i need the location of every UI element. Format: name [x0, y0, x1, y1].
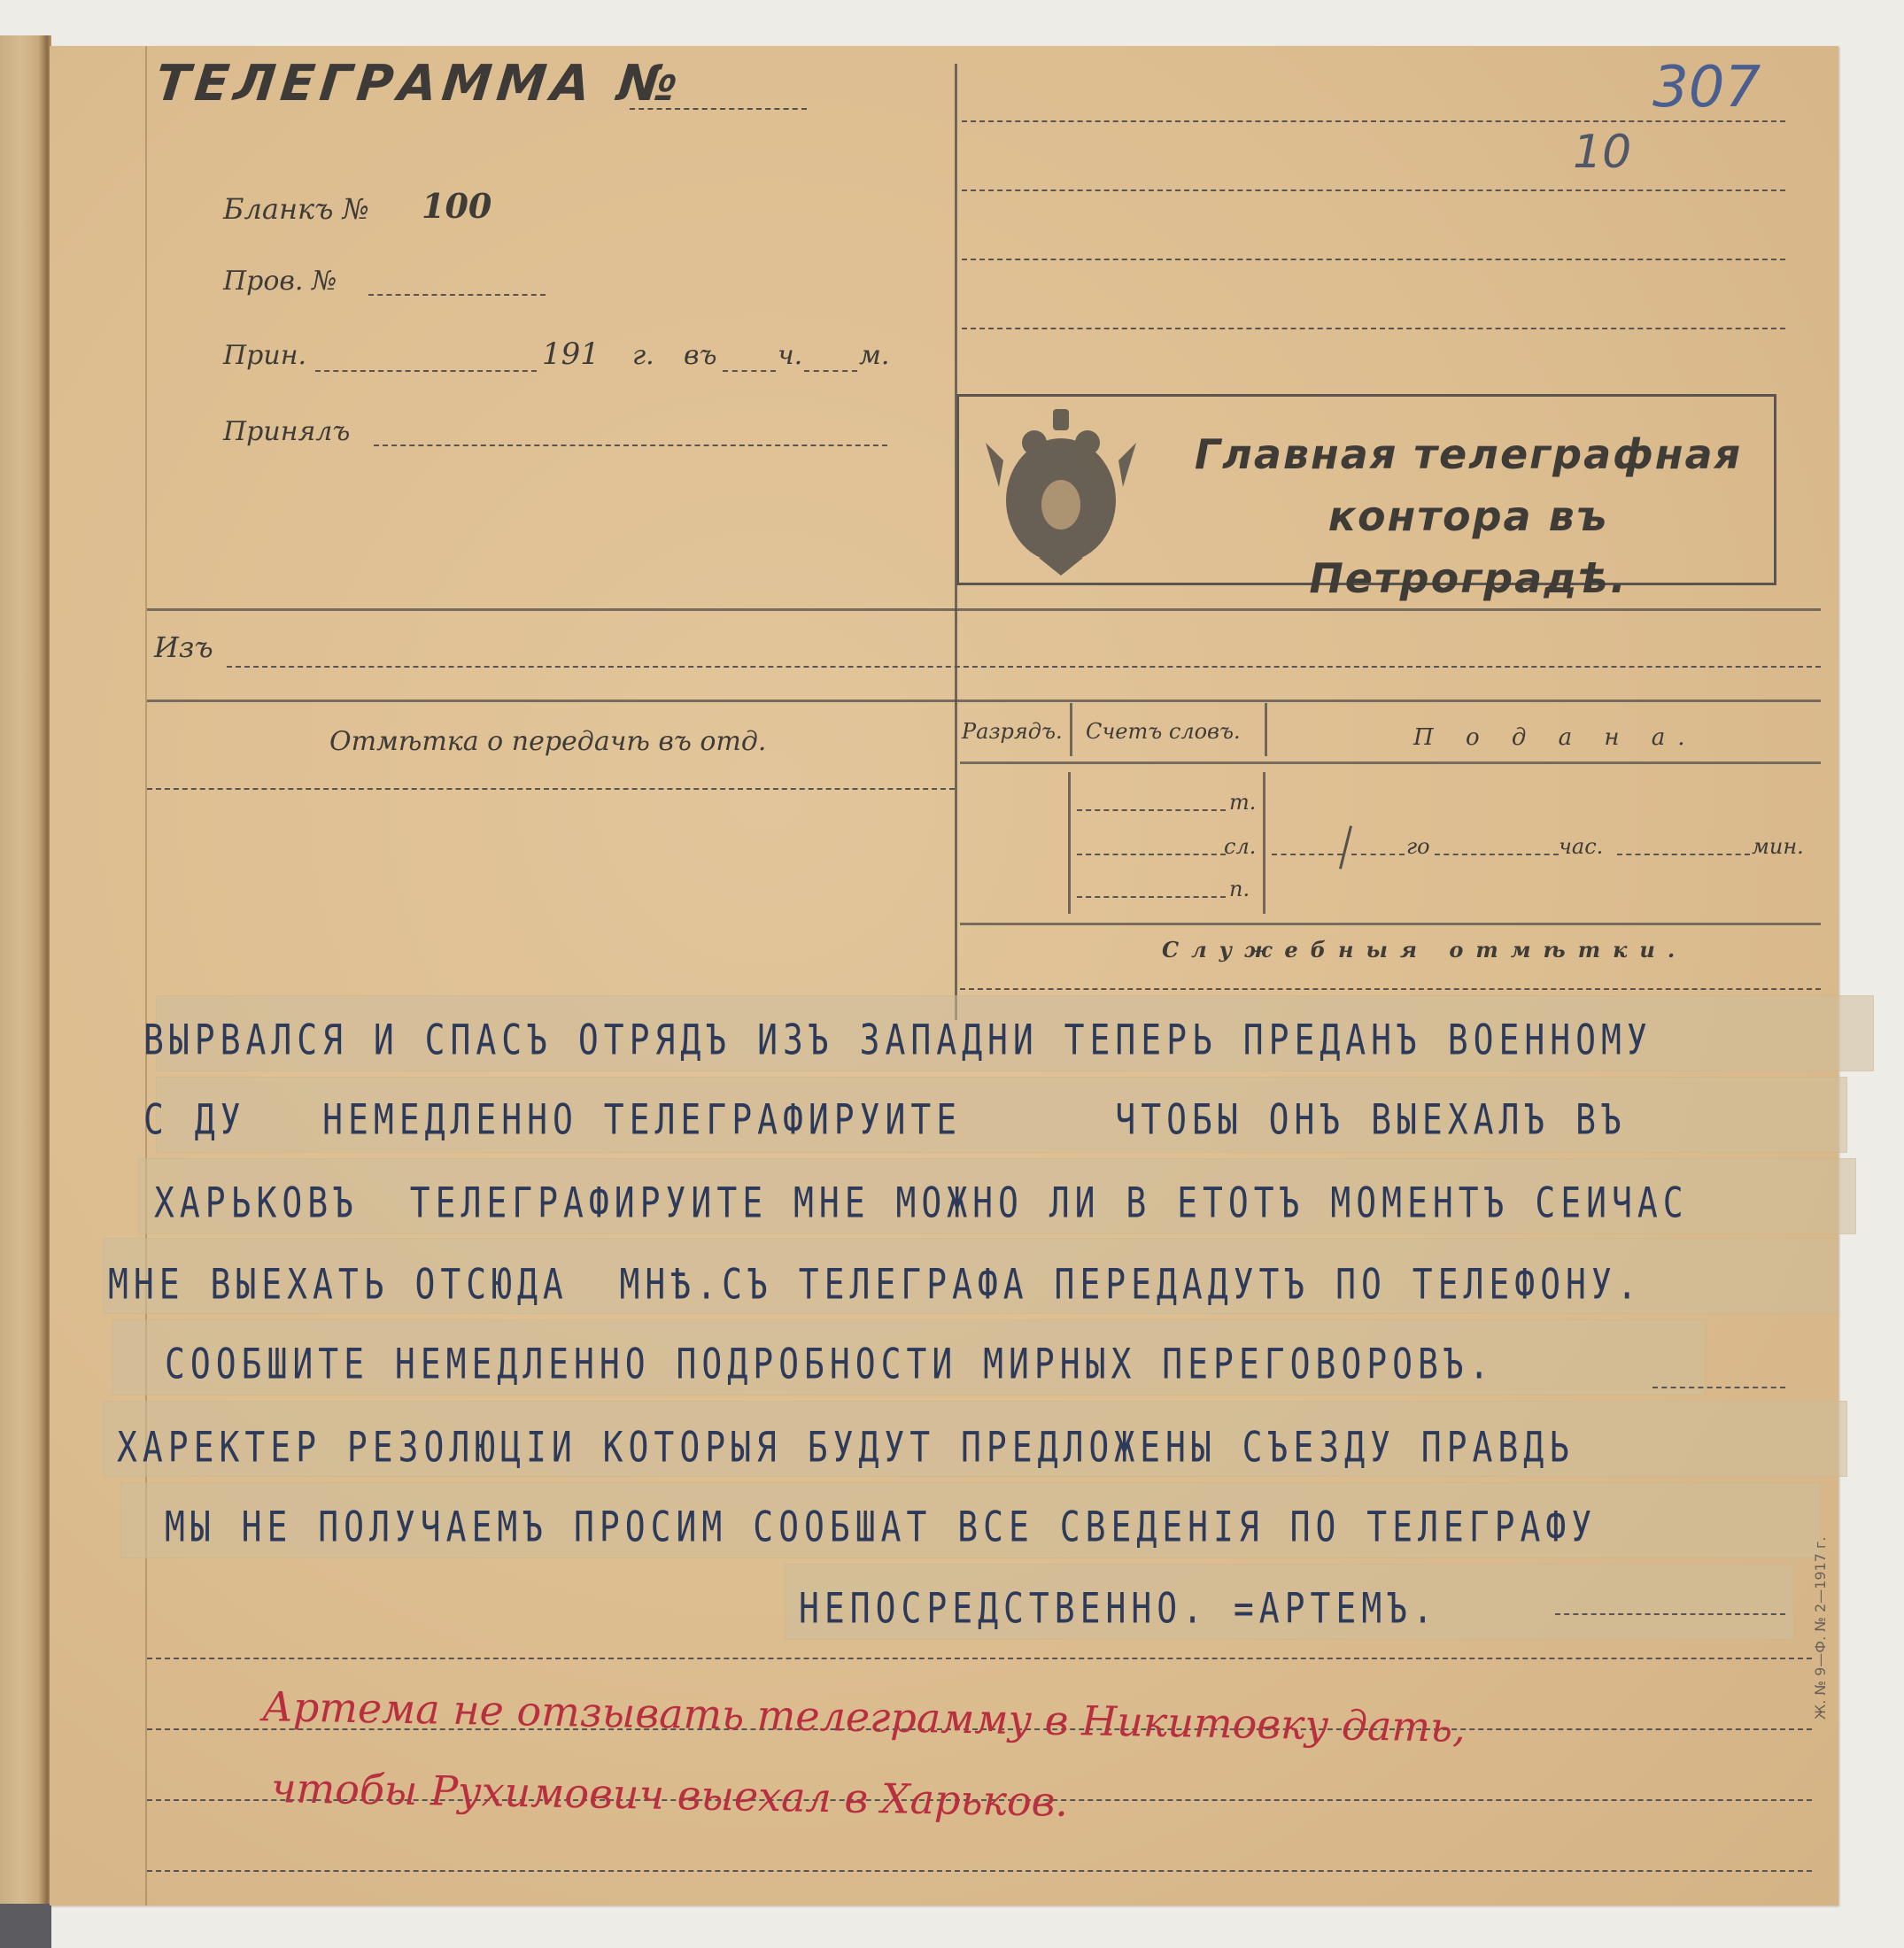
ruled-line — [1652, 1387, 1785, 1388]
iz-label: Изъ — [154, 630, 213, 664]
page-number: 10 — [1573, 126, 1631, 179]
prov-label: Пров. № — [223, 266, 337, 297]
table-col-divider — [1070, 703, 1072, 756]
message-line: ХАРЕКТЕР РЕЗОЛЮЦІИ КОТОРЫЯ БУДУТ ПРЕДЛОЖ… — [117, 1423, 1575, 1472]
form-rule — [147, 700, 1821, 702]
sluzhebnye-field — [960, 988, 1821, 990]
telegram-title: ТЕЛЕГРАММА № — [153, 55, 686, 112]
col-podana: П о д а н а. — [1413, 724, 1698, 751]
table-header-rule — [960, 761, 1821, 764]
message-line: МНЕ ВЫЕХАТЬ ОТСЮДА МНѢ.СЪ ТЕЛЕГРАФА ПЕРЕ… — [108, 1260, 1643, 1309]
prinyal-field — [374, 444, 887, 446]
ruled-line — [147, 1658, 1812, 1659]
count-t-label: т. — [1229, 790, 1256, 815]
table-col-divider — [1265, 703, 1267, 756]
binding-spine — [0, 35, 51, 1926]
message-line: С ДУ НЕМЕДЛЕННО ТЕЛЕГРАФИРУИТЕ ЧТОБЫ ОНЪ… — [143, 1095, 1627, 1144]
handwritten-note-line1: Артема не отзывать телеграмму в Никитовк… — [262, 1682, 1467, 1751]
prin-minute-field — [804, 370, 857, 372]
message-line: МЫ НЕ ПОЛУЧАЕМЪ ПРОСИМ СООБШАТ ВСЕ СВЕДЕ… — [165, 1503, 1597, 1551]
prin-ch: ч. — [778, 340, 802, 371]
office-name-line2: контора въ Петроградѣ. — [1163, 485, 1774, 609]
double-headed-eagle-icon — [986, 407, 1136, 576]
prinyal-label: Принялъ — [223, 416, 350, 447]
table-rule — [960, 923, 1821, 925]
podana-day-field — [1272, 854, 1343, 855]
prin-hour-field — [723, 370, 776, 372]
paper-fold — [145, 46, 147, 1905]
handwritten-note-line2: чтобы Рухимович выехал в Харьков. — [271, 1764, 1069, 1826]
office-name-line1: Главная телеграфная — [1163, 423, 1774, 485]
count-sl-label: сл. — [1224, 834, 1256, 859]
ruled-line — [147, 1870, 1812, 1872]
message-line: НЕПОСРЕДСТВЕННО. =АРТЕМЪ. — [799, 1584, 1438, 1633]
count-sl-field — [1077, 854, 1226, 855]
otmetka-field — [147, 788, 955, 790]
right-ruled-line — [962, 189, 1785, 191]
podana-month-field — [1351, 854, 1405, 855]
col-schet-slov: Счетъ словъ. — [1086, 719, 1241, 744]
podana-go: го — [1406, 834, 1430, 859]
blank-number: 100 — [422, 186, 491, 226]
podana-min-field — [1617, 854, 1750, 855]
table-col-divider — [1068, 772, 1071, 914]
count-n-label: п. — [1229, 877, 1250, 901]
binding-clip — [0, 1904, 51, 1948]
col-razryad: Разрядъ. — [962, 719, 1063, 744]
prov-field — [368, 294, 546, 296]
right-ruled-line — [962, 328, 1785, 329]
ruled-line — [1555, 1613, 1785, 1615]
archive-number: 307 — [1652, 55, 1761, 120]
telegram-number-field — [630, 108, 807, 110]
right-ruled-line — [962, 259, 1785, 260]
message-line: ХАРЬКОВЪ ТЕЛЕГРАФИРУИТЕ МНЕ МОЖНО ЛИ В Е… — [154, 1179, 1689, 1227]
podana-hour-field — [1435, 854, 1559, 855]
prin-g: г. — [632, 340, 654, 371]
prin-label: Прин. — [223, 340, 306, 371]
printer-imprint: Ж. № 9—Ф. № 2—1917 г. — [1812, 1537, 1829, 1720]
message-line: ВЫРВАЛСЯ И СПАСЪ ОТРЯДЪ ИЗЪ ЗАПАДНИ ТЕПЕ… — [143, 1016, 1652, 1064]
prin-date-field — [315, 370, 537, 372]
message-line: СООБШИТЕ НЕМЕДЛЕННО ПОДРОБНОСТИ МИРНЫХ П… — [165, 1340, 1495, 1388]
blank-label: Бланкъ № — [223, 192, 369, 226]
prin-m: м. — [859, 340, 889, 371]
podana-chas: час. — [1559, 834, 1603, 859]
otmetka-label: Отмѣтка о передачѣ въ отд. — [329, 726, 766, 757]
count-t-field — [1077, 809, 1226, 811]
podana-slash — [1339, 825, 1352, 869]
table-col-divider — [1263, 772, 1265, 914]
prin-year: 191 — [542, 336, 600, 372]
right-ruled-line — [962, 120, 1785, 122]
office-name: Главная телеграфная контора въ Петроград… — [1163, 423, 1774, 609]
sluzhebnye-label: Служебныя отмѣтки. — [1162, 937, 1687, 962]
form-rule — [147, 608, 1821, 611]
telegram-form: ТЕЛЕГРАММА № 307 10 Бланкъ № 100 Пров. №… — [50, 46, 1838, 1905]
prin-v: въ — [684, 340, 716, 371]
podana-min: мин. — [1752, 834, 1804, 859]
office-stamp-box: Главная телеграфная контора въ Петроград… — [956, 394, 1776, 585]
iz-field — [227, 666, 1821, 668]
count-n-field — [1077, 896, 1226, 898]
